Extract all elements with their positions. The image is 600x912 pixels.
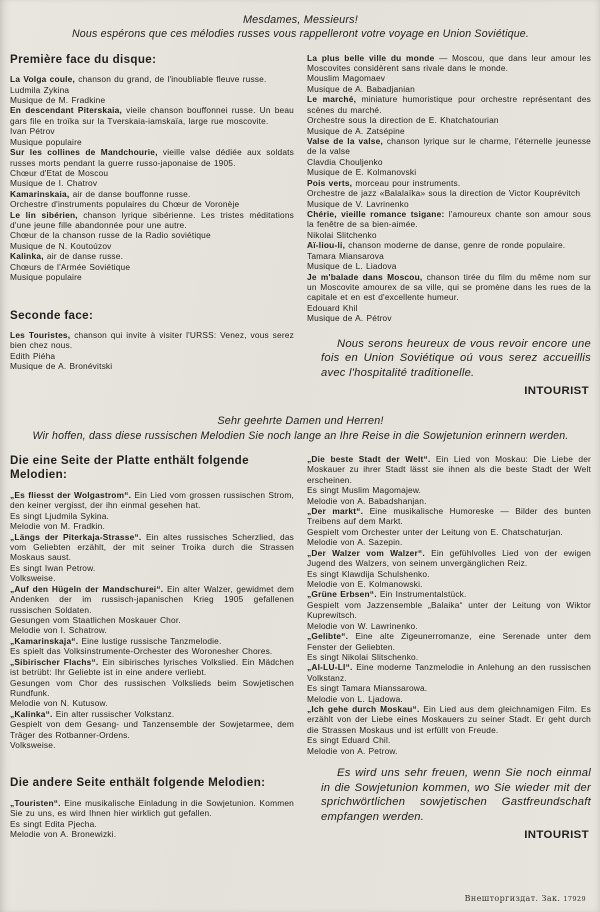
track-entry: „Grüne Erbsen“. Ein Instrumentalstück. [307,589,591,599]
credit-line: Nikolai Slitchenko [307,230,591,240]
credit-line: Volksweise. [10,740,294,750]
credit-line: Edith Piéha [10,351,294,361]
track-entry: „Der Walzer vom Walzer“. Ein gefühlvolle… [307,548,591,569]
credit-line: Musique de V. Lavrinenko [307,199,591,209]
track-entry: „Auf den Hügeln der Mandschurei“. Ein al… [10,584,294,615]
side-one-track-list-fr: La Volga coule, chanson du grand, de l'i… [10,74,294,282]
track-entry: „Gelibte“. Eine alte Zigeunerromanze, ei… [307,631,591,652]
imprint-publisher: Внешторгиздат. [465,894,539,903]
track-entry: „Kalinka“. Ein alter russischer Volkstan… [10,709,294,719]
credit-line: Ivan Pétrov [10,126,294,136]
german-closing-note: Es wird uns sehr freuen, wenn Sie noch e… [321,766,591,824]
credit-line: Es singt Nikolai Slitschenko. [307,652,591,662]
credit-line: Melodie von A. Petrow. [307,746,591,756]
credit-line: Musique de A. Zatsépine [307,126,591,136]
side-one-heading-fr: Première face du disque: [10,53,294,67]
credit-line: Melodie von A. Babadshanjan. [307,496,591,506]
credit-line: Es singt Klawdija Schulshenko. [307,569,591,579]
german-intro: Wir hoffen, dass diese russischen Melodi… [10,429,591,443]
credit-line: Musique de A. Bronévitski [10,361,294,371]
credit-line: Edouard Khil [307,303,591,313]
credit-line: Orchestre d'instruments populaires du Ch… [10,199,294,209]
credit-line: Musique de A. Babadjanian [307,84,591,94]
credit-line: Volksweise. [10,573,294,583]
record-sleeve-page: Mesdames, Messieurs! Nous espérons que c… [0,0,600,912]
side-one-track-list-de: „Es fliesst der Wolgastrom“. Ein Lied vo… [10,490,294,751]
track-entry: „AI-LU-LI“. Eine moderne Tanzmelodie in … [307,662,591,683]
credit-line: Musique de I. Chatrov [10,178,294,188]
credit-line: Gesungen vom Chor des russischen Volksli… [10,678,294,699]
credit-line: Es spielt das Volksinstrumente-Orchester… [10,646,294,656]
track-entry: „Ich gehe durch Moskau“. Ein Lied aus de… [307,704,591,735]
side-two-track-list-de: „Touristen“. Eine musikalische Einladung… [10,798,294,840]
french-salutation: Mesdames, Messieurs! [10,13,591,27]
track-entry: „Es fliesst der Wolgastrom“. Ein Lied vo… [10,490,294,511]
credit-line: Es singt Eduard Chil. [307,735,591,745]
german-salutation-block: Sehr geehrte Damen und Herren! Wir hoffe… [10,414,591,443]
french-right-column: La plus belle ville du monde — Moscou, q… [307,53,591,398]
credit-line: Melodie von A. Sazepin. [307,537,591,547]
german-intourist-signature: INTOURIST [307,829,589,841]
track-entry: Kamarinskaia, air de danse bouffonne rus… [10,189,294,199]
track-entry: „Längs der Piterkaja-Strasse“. Ein altes… [10,532,294,563]
credit-line: Chœurs de l'Armée Soviétique [10,262,294,272]
track-entry: „Der markt“. Eine musikalische Humoreske… [307,506,591,527]
credit-line: Es singt Ljudmila Sykina. [10,511,294,521]
track-entry: „Die beste Stadt der Welt“. Ein Lied von… [307,454,591,485]
credit-line: Es singt Iwan Petrow. [10,563,294,573]
french-closing-note: Nous serons heureux de vous revoir encor… [321,337,591,381]
french-left-column: Première face du disque: La Volga coule,… [10,53,294,398]
side-two-heading-fr: Seconde face: [10,309,294,323]
credit-line: Es singt Muslim Magomajew. [307,485,591,495]
credit-line: Melodie von L. Ljadowa. [307,694,591,704]
credit-line: Es singt Edita Pjecha. [10,819,294,829]
track-entry: La plus belle ville du monde — Moscou, q… [307,53,591,74]
credit-line: Orchestre de jazz «Balalaïka» sous la di… [307,188,591,198]
track-entry: Valse de la valse, chanson lyrique sur l… [307,136,591,157]
track-entry: Kalinka, air de danse russe. [10,251,294,261]
french-intourist-signature: INTOURIST [307,385,589,397]
credit-line: Musique de L. Liadova [307,261,591,271]
credit-line: Musique de A. Pétrov [307,313,591,323]
credit-line: Gespielt von dem Gesang- und Tanzensembl… [10,719,294,740]
right-track-list-fr: La plus belle ville du monde — Moscou, q… [307,53,591,324]
credit-line: Melodie von A. Bronewizki. [10,829,294,839]
track-entry: Pois verts, morceau pour instruments. [307,178,591,188]
track-entry: La Volga coule, chanson du grand, de l'i… [10,74,294,84]
side-two-track-list-fr: Les Touristes, chanson qui invite à visi… [10,330,294,372]
credit-line: Musique de M. Fradkine [10,95,294,105]
side-two-heading-de: Die andere Seite enthält folgende Melodi… [10,776,294,790]
french-salutation-block: Mesdames, Messieurs! Nous espérons que c… [10,13,591,42]
credit-line: Orchestre sous la direction de E. Khatch… [307,115,591,125]
credit-line: Tamara Miansarova [307,251,591,261]
german-right-column: „Die beste Stadt der Welt“. Ein Lied von… [307,454,591,841]
right-track-list-de: „Die beste Stadt der Welt“. Ein Lied von… [307,454,591,756]
credit-line: Chœur d'Etat de Moscou [10,168,294,178]
track-entry: „Sibirischer Flachs“. Ein sibirisches ly… [10,657,294,678]
credit-line: Melodie von M. Fradkin. [10,521,294,531]
credit-line: Gespielt vom Orchester unter der Leitung… [307,527,591,537]
credit-line: Clavdia Chouljenko [307,157,591,167]
track-entry: Aï-liou-li, chanson moderne de danse, ge… [307,240,591,250]
track-entry: Chérie, vieille romance tsigane: l'amour… [307,209,591,230]
credit-line: Es singt Tamara Mianssarowa. [307,683,591,693]
track-entry: Sur les collines de Mandchourie, vieille… [10,147,294,168]
credit-line: Musique de E. Kolmanovski [307,167,591,177]
credit-line: Ludmila Zykina [10,85,294,95]
track-entry: Je m'balade dans Moscou, chanson tirée d… [307,272,591,303]
track-entry: En descendant Piterskaia, vieile chanson… [10,105,294,126]
imprint-order-label: Зак. [541,894,560,903]
track-entry: Le marché, miniature humoristique pour o… [307,94,591,115]
credit-line: Musique populaire [10,137,294,147]
credit-line: Melodie von E. Kolmanowski. [307,579,591,589]
credit-line: Chœur de la chanson russe de la Radio so… [10,230,294,240]
french-columns: Première face du disque: La Volga coule,… [10,53,591,398]
credit-line: Mouslim Magomaev [307,73,591,83]
credit-line: Melodie von N. Kutusow. [10,698,294,708]
track-entry: „Kamarinskaja“. Eine lustige russische T… [10,636,294,646]
credit-line: Gesungen vom Staatlichen Moskauer Chor. [10,615,294,625]
printer-imprint: Внешторгиздат. Зак. 17929 [465,894,586,903]
credit-line: Melodie von I. Schatrow. [10,625,294,635]
credit-line: Gespielt vom Jazzensemble „Balaika“ unte… [307,600,591,621]
german-columns: Die eine Seite der Platte enthält folgen… [10,454,591,841]
track-entry: Le lin sibérien, chanson lyrique sibérie… [10,210,294,231]
german-salutation: Sehr geehrte Damen und Herren! [10,414,591,428]
imprint-order-number: 17929 [563,895,586,903]
side-one-heading-de: Die eine Seite der Platte enthält folgen… [10,454,294,483]
track-entry: Les Touristes, chanson qui invite à visi… [10,330,294,351]
track-entry: „Touristen“. Eine musikalische Einladung… [10,798,294,819]
credit-line: Melodie von W. Lawrinenko. [307,621,591,631]
credit-line: Musique populaire [10,272,294,282]
credit-line: Musique de N. Koutoúzov [10,241,294,251]
french-intro: Nous espérons que ces mélodies russes vo… [10,27,591,41]
german-left-column: Die eine Seite der Platte enthält folgen… [10,454,294,841]
